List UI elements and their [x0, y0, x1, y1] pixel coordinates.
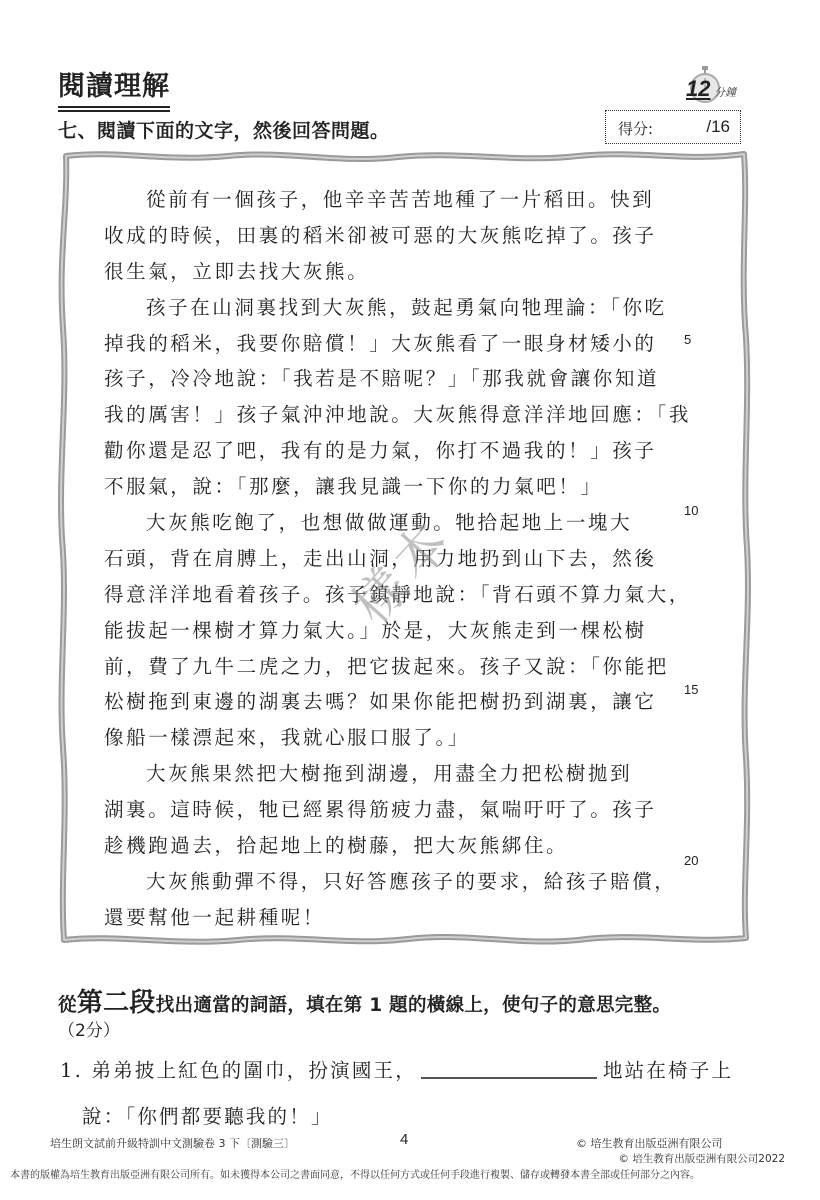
passage-line: 我的厲害！」孩子氣沖沖地說。大灰熊得意洋洋地回應：「我: [104, 397, 674, 433]
passage-line: 像船一樣漂起來，我就心服口服了。」: [104, 720, 674, 756]
page-title: 閱讀理解: [58, 64, 170, 108]
paragraph-5: 大灰熊動彈不得，只好答應孩子的要求，給孩子賠償， 還要幫他一起耕種呢！: [104, 864, 674, 936]
passage-line: 勸你還是忍了吧，我有的是力氣，你打不過我的！」孩子: [104, 433, 674, 469]
footer-copyright-year: © 培生教育出版亞洲有限公司2022: [618, 1151, 785, 1166]
passage-line: 掉我的稻米，我要你賠償！」大灰熊看了一眼身材矮小的: [104, 326, 674, 362]
question-marks: （2分）: [58, 1016, 120, 1041]
instruction-prefix: 從: [58, 995, 77, 1016]
question-1: 1. 弟弟披上紅色的圍巾，扮演國王，地站在椅子上 說：「你們都要聽我的！」: [60, 1050, 760, 1138]
instruction-emphasis: 第二段: [77, 988, 156, 1018]
paragraph-2: 孩子在山洞裏找到大灰熊，鼓起勇氣向牠理論：「你吃 掉我的稻米，我要你賠償！」大灰…: [104, 290, 674, 505]
question-instruction: 從第二段找出適當的詞語，填在第 1 題的橫線上，使句子的意思完整。: [58, 982, 778, 1019]
instruction-suffix: 找出適當的詞語，填在第 1 題的橫線上，使句子的意思完整。: [156, 995, 671, 1016]
passage-line: 前，費了九牛二虎之力，把它拔起來。孩子又說：「你能把: [104, 649, 674, 685]
timer-badge: 12 分鐘: [678, 66, 758, 106]
score-total: /16: [706, 117, 730, 137]
passage-line: 孩子在山洞裏找到大灰熊，鼓起勇氣向牠理論：「你吃: [104, 290, 674, 326]
passage-line: 很生氣，立即去找大灰熊。: [104, 254, 674, 290]
timer-minutes: 12: [686, 76, 710, 102]
passage-line: 大灰熊果然把大樹拖到湖邊，用盡全力把松樹拋到: [104, 756, 674, 792]
line-number-10: 10: [684, 503, 698, 518]
passage-line: 趁機跑過去，拾起地上的樹藤，把大灰熊綁住。: [104, 828, 674, 864]
passage-line: 大灰熊動彈不得，只好答應孩子的要求，給孩子賠償，: [104, 864, 674, 900]
passage-line: 還要幫他一起耕種呢！: [104, 900, 674, 936]
paragraph-4: 大灰熊果然把大樹拖到湖邊，用盡全力把松樹拋到 湖裏。這時候，牠已經累得筋疲力盡，…: [104, 756, 674, 864]
footer-book-title: 培生朗文試前升級特訓中文測驗卷 3 下〔測驗三〕: [50, 1135, 295, 1151]
passage-line: 收成的時候，田裏的稻米卻被可惡的大灰熊吃掉了。孩子: [104, 218, 674, 254]
question-text-before: 弟弟披上紅色的圍巾，扮演國王，: [91, 1059, 417, 1082]
question-line-2: 說：「你們都要聽我的！」: [60, 1096, 760, 1138]
passage-line: 孩子，冷冷地說：「我若是不賠呢？」「那我就會讓你知道: [104, 361, 674, 397]
passage-line: 湖裏。這時候，牠已經累得筋疲力盡，氣喘吁吁了。孩子: [104, 792, 674, 828]
passage-line: 不服氣，說：「那麼，讓我見識一下你的力氣吧！」: [104, 469, 674, 505]
score-label: 得分:: [618, 118, 653, 139]
line-number-20: 20: [684, 853, 698, 868]
footer-copyright: © 培生教育出版亞洲有限公司: [576, 1135, 723, 1151]
timer-unit: 分鐘: [714, 84, 736, 100]
paragraph-1: 從前有一個孩子，他辛辛苦苦地種了一片稻田。快到 收成的時候，田裏的稻米卻被可惡的…: [104, 182, 674, 290]
passage-line: 松樹拖到東邊的湖裏去嗎？如果你能把樹扔到湖裏，讓它: [104, 684, 674, 720]
section-heading: 七、閱讀下面的文字，然後回答問題。: [58, 116, 390, 143]
question-number: 1.: [60, 1059, 83, 1082]
score-box: 得分: /16: [605, 110, 741, 144]
answer-blank[interactable]: [421, 1055, 597, 1079]
question-text-after: 地站在椅子上: [603, 1059, 733, 1082]
footer-rights-notice: 本書的版權為培生教育出版亞洲有限公司所有。如未獲得本公司之書面同意，不得以任何方…: [10, 1166, 810, 1181]
line-number-15: 15: [684, 682, 698, 697]
passage-line: 從前有一個孩子，他辛辛苦苦地種了一片稻田。快到: [104, 182, 674, 218]
page-number: 4: [400, 1131, 408, 1148]
line-number-5: 5: [684, 332, 691, 347]
